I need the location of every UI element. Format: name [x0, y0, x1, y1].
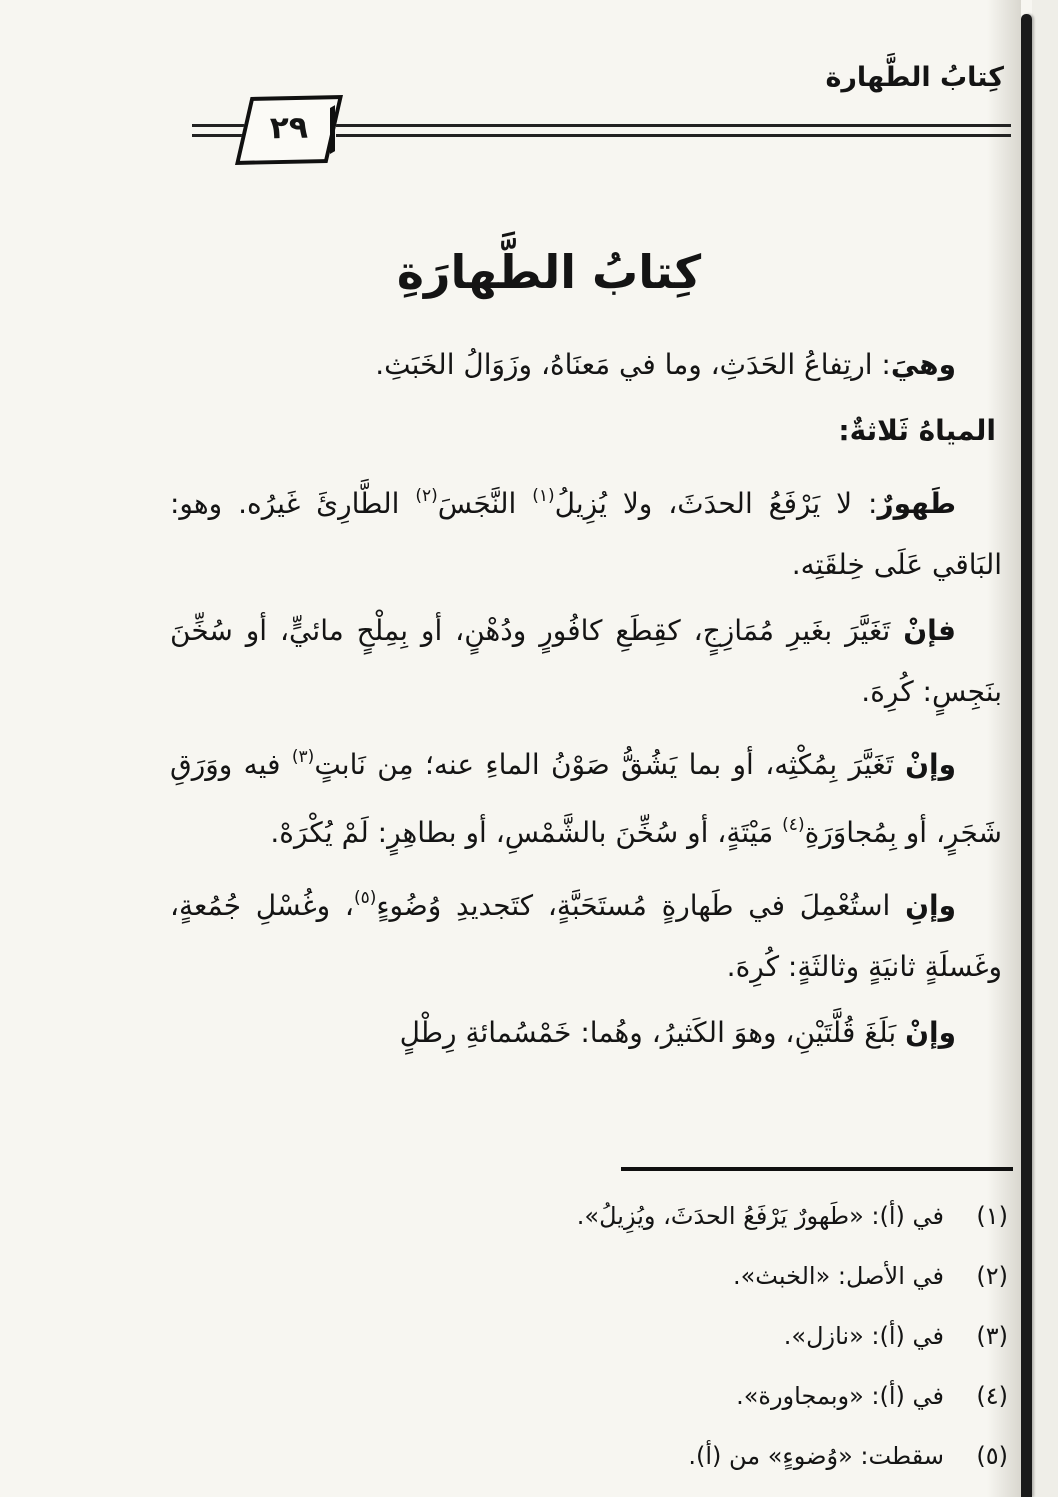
footnote-item: (٥)سقطت: «وُضوءٍ» من (أ).: [308, 1426, 1008, 1486]
scanned-book-page: كِتابُ الطَّهارة ٢٩ كِتابُ الطَّهارَةِ و…: [0, 0, 1058, 1497]
footnote-item: (٢)في الأصل: «الخبث».: [308, 1246, 1008, 1306]
text-segment: وإنْ: [905, 748, 956, 781]
footnote-item: (٤)في (أ): «وبمجاورة».: [308, 1366, 1008, 1426]
footnote-separator: [621, 1167, 1013, 1171]
text-segment: طَهورٌ: [877, 487, 956, 520]
footnote-text: في (أ): «نازل».: [784, 1306, 944, 1366]
page-number: ٢٩: [270, 110, 309, 151]
chapter-title: كِتابُ الطَّهارَةِ: [60, 245, 1038, 299]
badge-fold-mark: [330, 100, 344, 154]
footnote-ref: (٣): [292, 747, 314, 767]
text-segment: استُعْمِلَ في طَهارةٍ مُستَحَبَّةٍ، كتَج…: [376, 889, 905, 922]
text-segment: بَلَغَ قُلَّتَيْنِ، وهوَ الكَثيرُ، وهُما…: [400, 1016, 906, 1049]
section-heading: المياهُ ثَلاثةٌ:: [170, 400, 1002, 461]
footnote-ref: (٤): [782, 815, 804, 835]
footnote-ref: (٥): [354, 888, 376, 908]
footnote-ref: (٢): [415, 486, 437, 506]
footnote-text: في (أ): «طَهورٌ يَرْفَعُ الحدَثَ، ويُزِي…: [577, 1186, 944, 1246]
footnote-ref: (١): [532, 486, 554, 506]
text-segment: وهيَ: [891, 348, 956, 381]
text-segment: تَغَيَّرَ بغَيرِ مُمَازِجٍ، كقِطَعِ كافُ…: [170, 614, 1002, 708]
footnote-number: (٢): [962, 1246, 1008, 1306]
text-segment: وإنِ: [905, 889, 956, 922]
text-segment: فإنْ: [903, 614, 956, 647]
body-paragraph: وإنْ تَغَيَّرَ بِمُكْثِه، أو بما يَشُقُّ…: [170, 727, 1002, 863]
footnote-text: في الأصل: «الخبث».: [733, 1246, 944, 1306]
body-paragraph: وإنِ استُعْمِلَ في طَهارةٍ مُستَحَبَّةٍ،…: [170, 868, 1002, 997]
text-segment: وإنْ: [905, 1016, 956, 1049]
text-segment: تَغَيَّرَ بِمُكْثِه، أو بما يَشُقُّ صَوْ…: [314, 748, 905, 781]
page-number-badge: ٢٩: [235, 95, 343, 165]
page-edge-margin: [1032, 0, 1058, 1497]
text-segment: : ارتِفاعُ الحَدَثِ، وما في مَعنَاهُ، وز…: [375, 348, 891, 381]
footnote-number: (٣): [962, 1306, 1008, 1366]
body-paragraph: وإنْ بَلَغَ قُلَّتَيْنِ، وهوَ الكَثيرُ، …: [170, 1002, 1002, 1063]
text-segment: النَّجَسَ: [438, 487, 532, 520]
text-segment: مَيْتَةٍ، أو سُخِّنَ بالشَّمْسِ، أو بطاه…: [270, 816, 782, 849]
body-paragraph: طَهورٌ: لا يَرْفَعُ الحدَثَ، ولا يُزِيلُ…: [170, 466, 1002, 595]
footnote-number: (١): [962, 1186, 1008, 1246]
footnote-list: (١)في (أ): «طَهورٌ يَرْفَعُ الحدَثَ، ويُ…: [308, 1186, 1008, 1486]
footnote-number: (٥): [962, 1426, 1008, 1486]
page-edge-binding-line: [1021, 14, 1032, 1497]
header-rule-right: [336, 124, 1011, 137]
body-paragraph: وهيَ: ارتِفاعُ الحَدَثِ، وما في مَعنَاهُ…: [170, 334, 1002, 395]
text-segment: المياهُ ثَلاثةٌ:: [838, 414, 996, 447]
body-paragraph: فإنْ تَغَيَّرَ بغَيرِ مُمَازِجٍ، كقِطَعِ…: [170, 600, 1002, 722]
footnote-number: (٤): [962, 1366, 1008, 1426]
footnote-text: سقطت: «وُضوءٍ» من (أ).: [688, 1426, 944, 1486]
footnote-item: (١)في (أ): «طَهورٌ يَرْفَعُ الحدَثَ، ويُ…: [308, 1186, 1008, 1246]
footnote-text: في (أ): «وبمجاورة».: [736, 1366, 944, 1426]
footnote-item: (٣)في (أ): «نازل».: [308, 1306, 1008, 1366]
running-title: كِتابُ الطَّهارة: [825, 62, 1004, 93]
text-segment: : لا يَرْفَعُ الحدَثَ، ولا يُزِيلُ: [555, 487, 878, 520]
body-text: وهيَ: ارتِفاعُ الحَدَثِ، وما في مَعنَاهُ…: [170, 334, 1002, 1068]
